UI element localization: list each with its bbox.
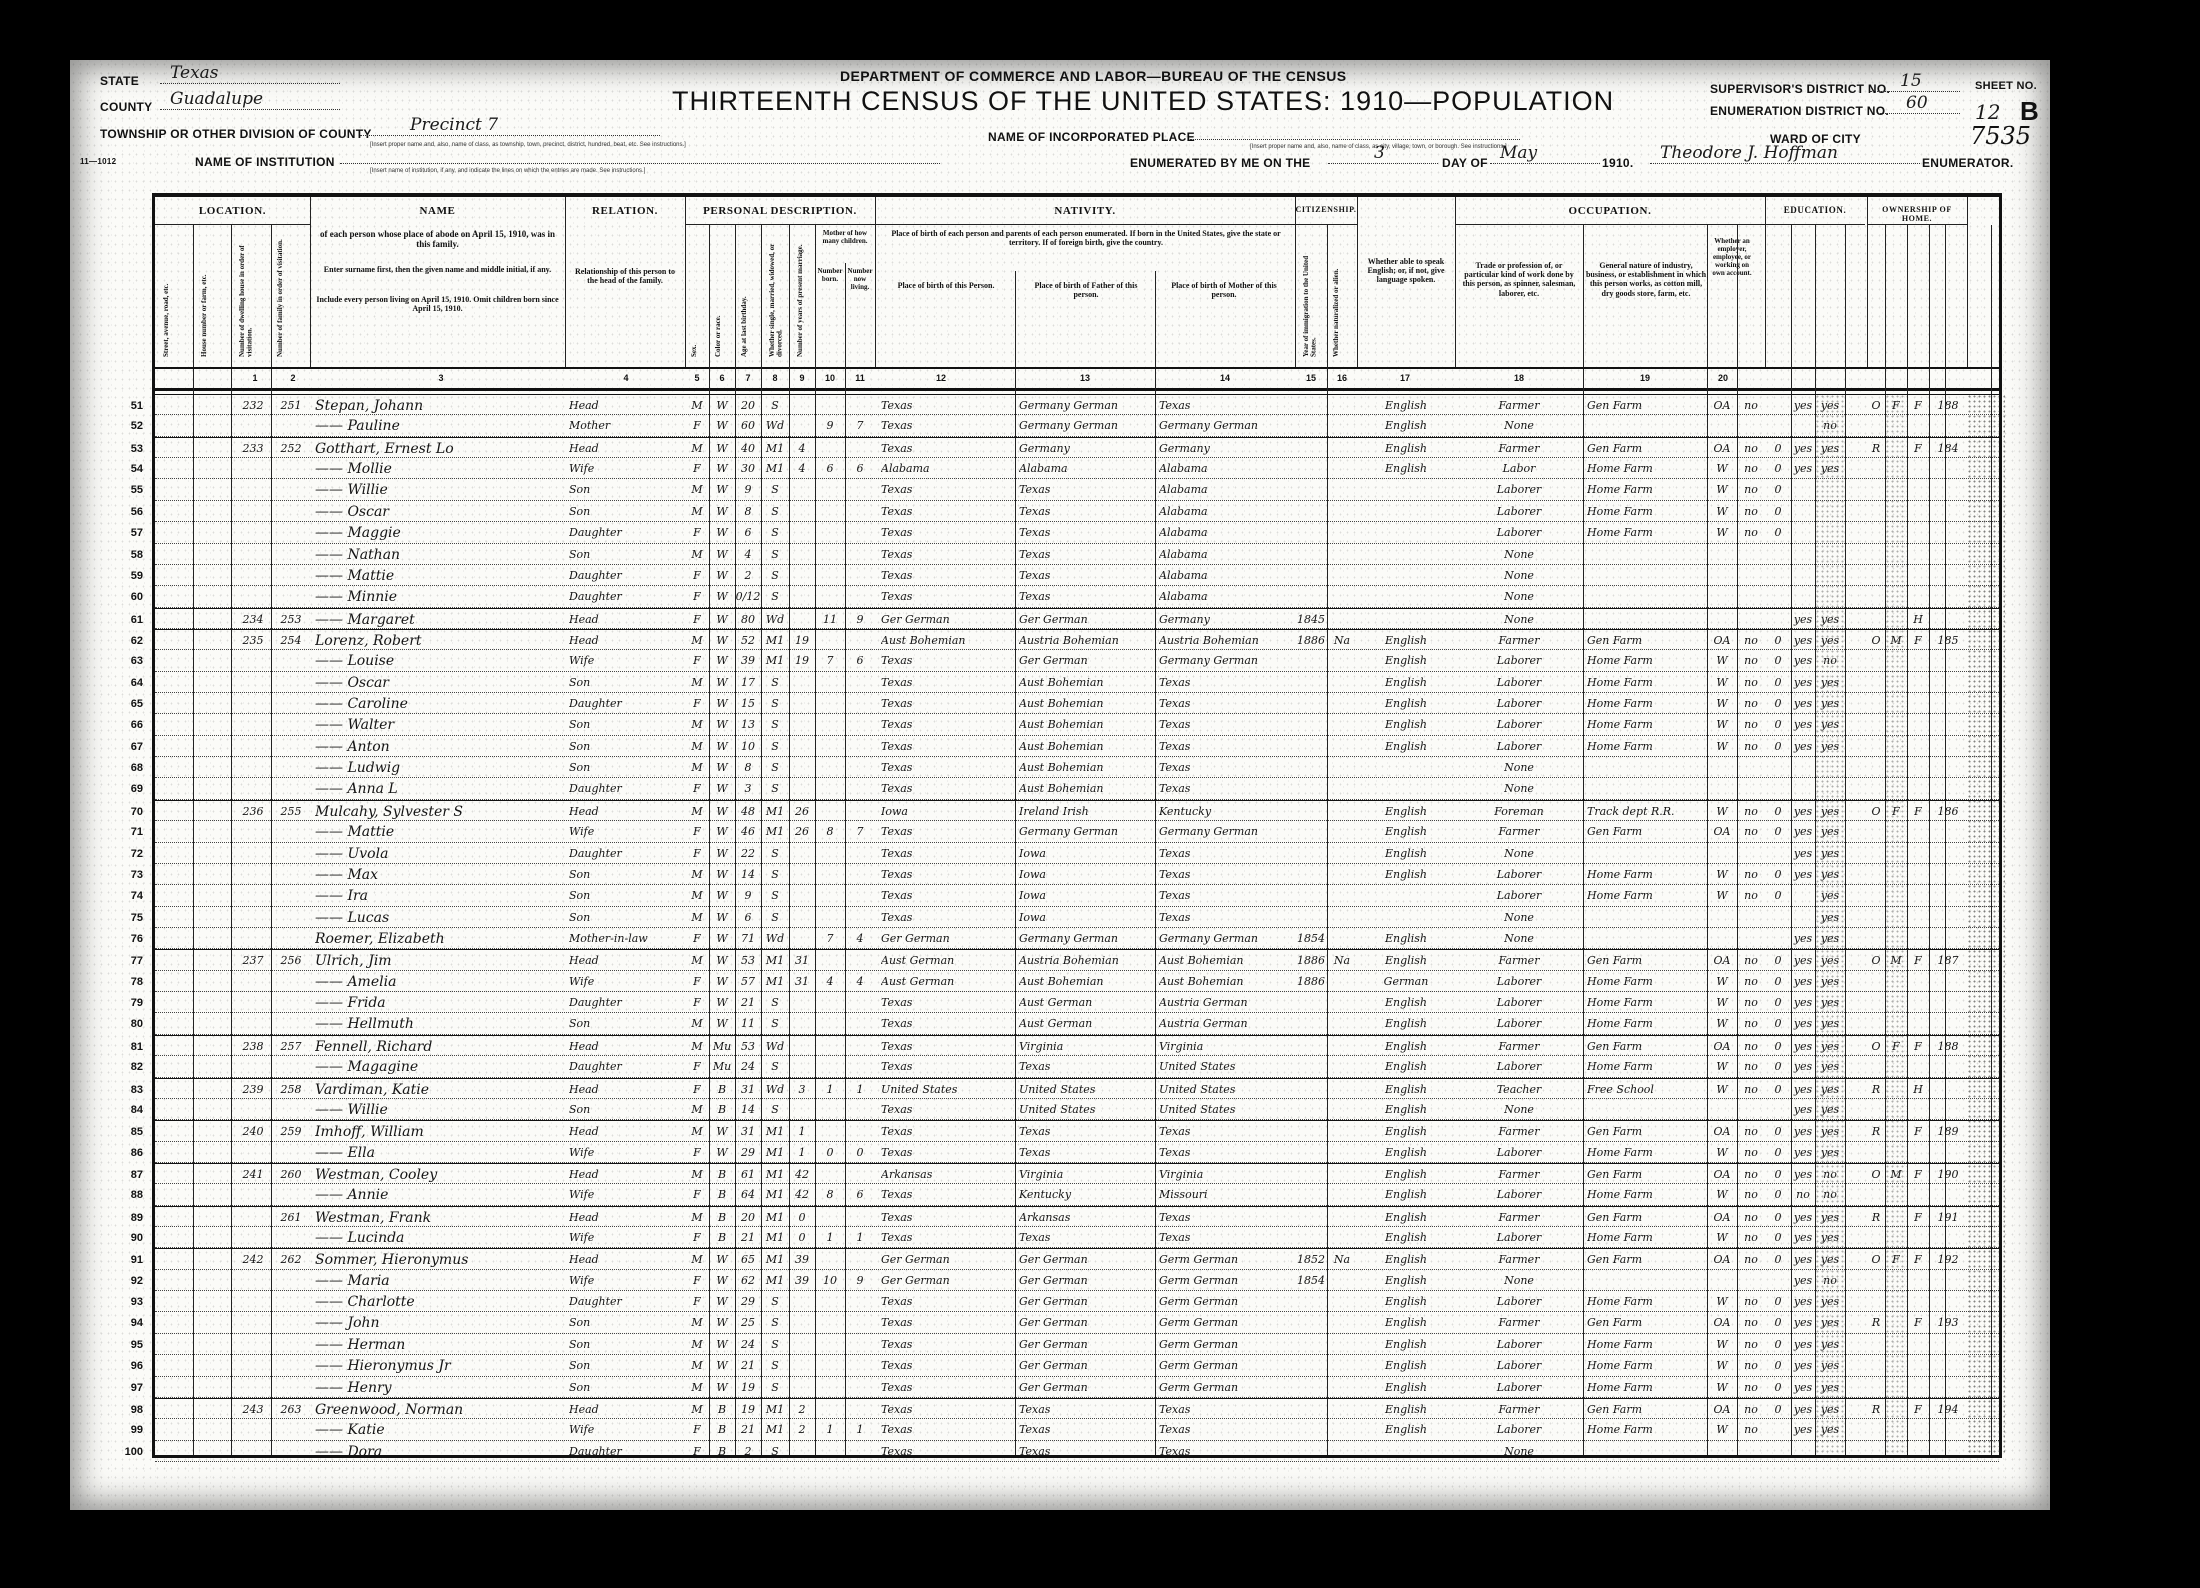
owned-rented bbox=[1867, 1142, 1885, 1164]
owned-rented bbox=[1867, 458, 1885, 480]
marital-status: S bbox=[761, 864, 789, 886]
naturalization bbox=[1327, 693, 1357, 715]
line-number: 86 bbox=[107, 1142, 143, 1164]
person-name: Sommer, Hieronymus bbox=[315, 1249, 563, 1271]
race: W bbox=[709, 1312, 735, 1334]
birthplace-father: Ger German bbox=[1019, 1355, 1153, 1377]
family-number bbox=[273, 415, 309, 437]
immigration-year bbox=[1295, 843, 1327, 865]
years-married bbox=[789, 885, 815, 907]
free-mortgaged: M bbox=[1885, 630, 1907, 652]
children-living: 7 bbox=[845, 821, 875, 843]
immigration-year bbox=[1295, 415, 1327, 437]
employment-class: OA bbox=[1707, 1399, 1737, 1421]
immigration-year bbox=[1295, 565, 1327, 587]
children-living: 6 bbox=[845, 650, 875, 672]
age: 40 bbox=[735, 438, 761, 460]
naturalization bbox=[1327, 544, 1357, 566]
colnum-16: 16 bbox=[1327, 373, 1357, 383]
weeks-out: 0 bbox=[1765, 821, 1791, 843]
farm-schedule: 185 bbox=[1929, 630, 1967, 652]
children-living: 7 bbox=[845, 415, 875, 437]
weeks-out: 0 bbox=[1765, 1164, 1791, 1186]
trade: Farmer bbox=[1457, 1249, 1581, 1271]
age: 15 bbox=[735, 693, 761, 715]
table-row: 96 —— Hieronymus Jr Son M W 21 S Texas G… bbox=[155, 1355, 1999, 1376]
children-living bbox=[845, 1099, 875, 1121]
immigration-year bbox=[1295, 714, 1327, 736]
naturalization bbox=[1327, 1099, 1357, 1121]
can-write: yes bbox=[1815, 1079, 1845, 1101]
colnum-2: 2 bbox=[277, 373, 309, 383]
sex: F bbox=[685, 1441, 709, 1463]
children-living bbox=[845, 544, 875, 566]
dwelling-number bbox=[235, 672, 271, 694]
table-row: 60 —— Minnie Daughter F W 0/12 S Texas T… bbox=[155, 586, 1999, 607]
table-row: 56 —— Oscar Son M W 8 S Texas Texas Alab… bbox=[155, 501, 1999, 522]
race: W bbox=[709, 801, 735, 823]
industry: Home Farm bbox=[1587, 1355, 1707, 1377]
out-of-work bbox=[1737, 1099, 1765, 1121]
sex: F bbox=[685, 971, 709, 993]
free-mortgaged bbox=[1885, 544, 1907, 566]
trade: None bbox=[1457, 586, 1581, 608]
free-mortgaged bbox=[1885, 928, 1907, 950]
farm-schedule bbox=[1929, 864, 1967, 886]
trade: Laborer bbox=[1457, 479, 1581, 501]
weeks-out: 0 bbox=[1765, 630, 1791, 652]
birthplace-person: Ger German bbox=[881, 1249, 1013, 1271]
birthplace-father: Alabama bbox=[1019, 458, 1153, 480]
industry: Home Farm bbox=[1587, 522, 1707, 544]
birthplace-mother: Texas bbox=[1159, 714, 1293, 736]
department-heading: DEPARTMENT OF COMMERCE AND LABOR—BUREAU … bbox=[840, 68, 1347, 84]
can-read: yes bbox=[1791, 971, 1815, 993]
children-born: 11 bbox=[815, 609, 845, 631]
children-born bbox=[815, 479, 845, 501]
language bbox=[1359, 544, 1453, 566]
person-name: Ulrich, Jim bbox=[315, 950, 563, 972]
employment-class: W bbox=[1707, 458, 1737, 480]
table-row: 53 233 252 Gotthart, Ernest Lo Head M W … bbox=[155, 437, 1999, 458]
person-name: —— Mattie bbox=[315, 565, 563, 587]
years-married: 31 bbox=[789, 950, 815, 972]
immigration-year bbox=[1295, 1312, 1327, 1334]
age: 2 bbox=[735, 565, 761, 587]
divider bbox=[271, 225, 272, 367]
employment-class: OA bbox=[1707, 1312, 1737, 1334]
can-write: yes bbox=[1815, 1399, 1845, 1421]
table-row: 82 —— Magagine Daughter F Mu 24 S Texas … bbox=[155, 1056, 1999, 1077]
weeks-out bbox=[1765, 843, 1791, 865]
dwelling-number bbox=[235, 1184, 271, 1206]
relation: Wife bbox=[569, 1419, 683, 1441]
naturalization: Na bbox=[1327, 630, 1357, 652]
farm-house bbox=[1907, 1270, 1929, 1292]
can-write: yes bbox=[1815, 458, 1845, 480]
farm-house bbox=[1907, 736, 1929, 758]
children-born bbox=[815, 864, 845, 886]
weeks-out bbox=[1765, 928, 1791, 950]
family-number bbox=[273, 1312, 309, 1334]
free-mortgaged bbox=[1885, 1334, 1907, 1356]
owned-rented: O bbox=[1867, 1164, 1885, 1186]
can-read: yes bbox=[1791, 395, 1815, 417]
farm-schedule bbox=[1929, 1355, 1967, 1377]
free-mortgaged bbox=[1885, 1056, 1907, 1078]
age: 22 bbox=[735, 843, 761, 865]
weeks-out: 0 bbox=[1765, 1121, 1791, 1143]
birthplace-father: Ger German bbox=[1019, 609, 1153, 631]
group-relation: RELATION. bbox=[565, 197, 685, 225]
birthplace-mother: Texas bbox=[1159, 907, 1293, 929]
can-write bbox=[1815, 565, 1845, 587]
birthplace-person: Texas bbox=[881, 736, 1013, 758]
dwelling-number bbox=[235, 1207, 271, 1229]
age: 2 bbox=[735, 1441, 761, 1463]
naturalization bbox=[1327, 586, 1357, 608]
can-read bbox=[1791, 907, 1815, 929]
farm-schedule bbox=[1929, 1441, 1967, 1463]
children-born bbox=[815, 714, 845, 736]
birthplace-person: Ger German bbox=[881, 1270, 1013, 1292]
trade: Farmer bbox=[1457, 438, 1581, 460]
sex: F bbox=[685, 586, 709, 608]
dwelling-number bbox=[235, 1334, 271, 1356]
trade: Laborer bbox=[1457, 672, 1581, 694]
dwelling-number: 232 bbox=[235, 395, 271, 417]
age: 21 bbox=[735, 1227, 761, 1249]
birthplace-father: Kentucky bbox=[1019, 1184, 1153, 1206]
immigration-year bbox=[1295, 672, 1327, 694]
weeks-out bbox=[1765, 1441, 1791, 1463]
children-born bbox=[815, 1207, 845, 1229]
free-mortgaged bbox=[1885, 415, 1907, 437]
line-number: 58 bbox=[107, 544, 143, 566]
family-number bbox=[273, 821, 309, 843]
language bbox=[1359, 1441, 1453, 1463]
years-married: 0 bbox=[789, 1227, 815, 1249]
line-number: 81 bbox=[107, 1036, 143, 1058]
immigration-year bbox=[1295, 757, 1327, 779]
out-of-work: no bbox=[1737, 950, 1765, 972]
immigration-year bbox=[1295, 821, 1327, 843]
marital-status: M1 bbox=[761, 971, 789, 993]
farm-house bbox=[1907, 864, 1929, 886]
birthplace-person: Texas bbox=[881, 1121, 1013, 1143]
farm-house bbox=[1907, 1419, 1929, 1441]
farm-schedule bbox=[1929, 479, 1967, 501]
birthplace-person: Texas bbox=[881, 1142, 1013, 1164]
weeks-out: 0 bbox=[1765, 1013, 1791, 1035]
weeks-out: 0 bbox=[1765, 1142, 1791, 1164]
dwelling-number: 236 bbox=[235, 801, 271, 823]
farm-house: F bbox=[1907, 1312, 1929, 1334]
birthplace-father: Germany German bbox=[1019, 928, 1153, 950]
birthplace-father: Texas bbox=[1019, 501, 1153, 523]
can-read: yes bbox=[1791, 1249, 1815, 1271]
owned-rented bbox=[1867, 864, 1885, 886]
birthplace-father: Aust Bohemian bbox=[1019, 736, 1153, 758]
language: English bbox=[1359, 1164, 1453, 1186]
person-name: —— Pauline bbox=[315, 415, 563, 437]
naturalization bbox=[1327, 438, 1357, 460]
race: W bbox=[709, 1249, 735, 1271]
relation: Son bbox=[569, 736, 683, 758]
industry: Gen Farm bbox=[1587, 395, 1707, 417]
years-married: 39 bbox=[789, 1270, 815, 1292]
can-write: no bbox=[1815, 650, 1845, 672]
dwelling-number bbox=[235, 843, 271, 865]
employment-class bbox=[1707, 1099, 1737, 1121]
birthplace-father: Texas bbox=[1019, 1399, 1153, 1421]
years-married bbox=[789, 1291, 815, 1313]
owned-rented: O bbox=[1867, 395, 1885, 417]
census-table: LOCATION. NAME RELATION. PERSONAL DESCRI… bbox=[152, 193, 2002, 1458]
age: 10 bbox=[735, 736, 761, 758]
naturalization bbox=[1327, 565, 1357, 587]
family-number bbox=[273, 1056, 309, 1078]
children-born bbox=[815, 1036, 845, 1058]
naturalization bbox=[1327, 1013, 1357, 1035]
family-number bbox=[273, 971, 309, 993]
table-row: 70 236 255 Mulcahy, Sylvester S Head M W… bbox=[155, 800, 1999, 821]
hdr-name-desc: of each person whose place of abode on A… bbox=[315, 229, 560, 250]
farm-house bbox=[1907, 415, 1929, 437]
can-write: yes bbox=[1815, 885, 1845, 907]
language: English bbox=[1359, 821, 1453, 843]
birthplace-father: Texas bbox=[1019, 586, 1153, 608]
marital-status: M1 bbox=[761, 1419, 789, 1441]
supervisor-value: 15 bbox=[1900, 71, 1922, 91]
farm-schedule bbox=[1929, 1377, 1967, 1399]
can-write: yes bbox=[1815, 630, 1845, 652]
dwelling-number bbox=[235, 1227, 271, 1249]
industry bbox=[1587, 586, 1707, 608]
dwelling-number bbox=[235, 1419, 271, 1441]
enumerator-field: Theodore J. Hoffman bbox=[1650, 146, 1920, 164]
out-of-work: no bbox=[1737, 1142, 1765, 1164]
employment-class: W bbox=[1707, 1079, 1737, 1101]
free-mortgaged bbox=[1885, 672, 1907, 694]
weeks-out bbox=[1765, 757, 1791, 779]
trade: Laborer bbox=[1457, 1291, 1581, 1313]
owned-rented bbox=[1867, 693, 1885, 715]
table-body: 51 232 251 Stepan, Johann Head M W 20 S … bbox=[155, 394, 1999, 1455]
line-number: 93 bbox=[107, 1291, 143, 1313]
dwelling-number bbox=[235, 1099, 271, 1121]
weeks-out: 0 bbox=[1765, 885, 1791, 907]
employment-class: W bbox=[1707, 736, 1737, 758]
birthplace-father: Germany bbox=[1019, 438, 1153, 460]
birthplace-mother: Alabama bbox=[1159, 565, 1293, 587]
race: W bbox=[709, 415, 735, 437]
table-row: 73 —— Max Son M W 14 S Texas Iowa Texas … bbox=[155, 864, 1999, 885]
immigration-year: 1845 bbox=[1295, 609, 1327, 631]
race: W bbox=[709, 736, 735, 758]
children-living: 9 bbox=[845, 1270, 875, 1292]
can-read: yes bbox=[1791, 1013, 1815, 1035]
employment-class: W bbox=[1707, 1142, 1737, 1164]
family-number bbox=[273, 1227, 309, 1249]
children-born bbox=[815, 1334, 845, 1356]
group-location: LOCATION. bbox=[155, 197, 310, 225]
naturalization bbox=[1327, 458, 1357, 480]
free-mortgaged bbox=[1885, 1142, 1907, 1164]
children-born bbox=[815, 843, 845, 865]
table-row: 98 243 263 Greenwood, Norman Head M B 19… bbox=[155, 1398, 1999, 1419]
divider bbox=[565, 197, 566, 367]
industry: Home Farm bbox=[1587, 1227, 1707, 1249]
birthplace-person: Texas bbox=[881, 395, 1013, 417]
line-number: 76 bbox=[107, 928, 143, 950]
weeks-out bbox=[1765, 415, 1791, 437]
relation: Wife bbox=[569, 1184, 683, 1206]
sex: M bbox=[685, 672, 709, 694]
relation: Head bbox=[569, 1121, 683, 1143]
farm-house: F bbox=[1907, 801, 1929, 823]
children-born bbox=[815, 1164, 845, 1186]
marital-status: Wd bbox=[761, 1079, 789, 1101]
immigration-year: 1886 bbox=[1295, 630, 1327, 652]
farm-schedule bbox=[1929, 565, 1967, 587]
children-born bbox=[815, 801, 845, 823]
farm-house bbox=[1907, 928, 1929, 950]
children-born bbox=[815, 395, 845, 417]
relation: Son bbox=[569, 479, 683, 501]
trade: Laborer bbox=[1457, 522, 1581, 544]
free-mortgaged bbox=[1885, 864, 1907, 886]
age: 20 bbox=[735, 395, 761, 417]
person-name: —— Charlotte bbox=[315, 1291, 563, 1313]
immigration-year bbox=[1295, 1121, 1327, 1143]
years-married bbox=[789, 415, 815, 437]
person-name: —— Anton bbox=[315, 736, 563, 758]
race: W bbox=[709, 630, 735, 652]
race: W bbox=[709, 757, 735, 779]
language: English bbox=[1359, 630, 1453, 652]
age: 6 bbox=[735, 522, 761, 544]
immigration-year bbox=[1295, 586, 1327, 608]
birthplace-mother: Germany German bbox=[1159, 650, 1293, 672]
trade: Farmer bbox=[1457, 1312, 1581, 1334]
out-of-work: no bbox=[1737, 1377, 1765, 1399]
relation: Head bbox=[569, 630, 683, 652]
sex: M bbox=[685, 1164, 709, 1186]
family-number bbox=[273, 1184, 309, 1206]
farm-house bbox=[1907, 1142, 1929, 1164]
immigration-year bbox=[1295, 992, 1327, 1014]
farm-house bbox=[1907, 1377, 1929, 1399]
dwelling-number bbox=[235, 736, 271, 758]
out-of-work: no bbox=[1737, 992, 1765, 1014]
can-read: yes bbox=[1791, 672, 1815, 694]
can-read: yes bbox=[1791, 1291, 1815, 1313]
dwelling-number: 238 bbox=[235, 1036, 271, 1058]
relation: Son bbox=[569, 501, 683, 523]
language: English bbox=[1359, 1399, 1453, 1421]
marital-status: M1 bbox=[761, 1142, 789, 1164]
years-married: 2 bbox=[789, 1399, 815, 1421]
owned-rented: R bbox=[1867, 438, 1885, 460]
trade: None bbox=[1457, 609, 1581, 631]
age: 65 bbox=[735, 1249, 761, 1271]
colnum-1: 1 bbox=[239, 373, 271, 383]
person-name: —— Willie bbox=[315, 479, 563, 501]
birthplace-father: Texas bbox=[1019, 565, 1153, 587]
person-name: Roemer, Elizabeth bbox=[315, 928, 563, 950]
years-married bbox=[789, 693, 815, 715]
marital-status: S bbox=[761, 885, 789, 907]
race: W bbox=[709, 438, 735, 460]
can-read: yes bbox=[1791, 992, 1815, 1014]
relation: Daughter bbox=[569, 1056, 683, 1078]
naturalization bbox=[1327, 801, 1357, 823]
sex: M bbox=[685, 1013, 709, 1035]
can-write: yes bbox=[1815, 1334, 1845, 1356]
years-married bbox=[789, 609, 815, 631]
farm-schedule bbox=[1929, 1419, 1967, 1441]
birthplace-person: Texas bbox=[881, 1291, 1013, 1313]
line-number: 99 bbox=[107, 1419, 143, 1441]
birthplace-father: Virginia bbox=[1019, 1164, 1153, 1186]
out-of-work: no bbox=[1737, 821, 1765, 843]
naturalization bbox=[1327, 778, 1357, 800]
farm-schedule: 184 bbox=[1929, 438, 1967, 460]
family-number bbox=[273, 1334, 309, 1356]
children-living: 0 bbox=[845, 1142, 875, 1164]
birthplace-father: Iowa bbox=[1019, 885, 1153, 907]
dwelling-number bbox=[235, 992, 271, 1014]
owned-rented: O bbox=[1867, 1036, 1885, 1058]
free-mortgaged bbox=[1885, 586, 1907, 608]
out-of-work: no bbox=[1737, 522, 1765, 544]
line-number: 60 bbox=[107, 586, 143, 608]
person-name: —— Max bbox=[315, 864, 563, 886]
years-married bbox=[789, 714, 815, 736]
industry bbox=[1587, 907, 1707, 929]
can-read: yes bbox=[1791, 1377, 1815, 1399]
sex: F bbox=[685, 522, 709, 544]
dwelling-number: 233 bbox=[235, 438, 271, 460]
table-row: 63 —— Louise Wife F W 39 M1 19 7 6 Texas… bbox=[155, 650, 1999, 671]
age: 25 bbox=[735, 1312, 761, 1334]
birthplace-mother: Germ German bbox=[1159, 1377, 1293, 1399]
table-row: 58 —— Nathan Son M W 4 S Texas Texas Ala… bbox=[155, 544, 1999, 565]
person-name: —— Amelia bbox=[315, 971, 563, 993]
industry: Home Farm bbox=[1587, 971, 1707, 993]
race: W bbox=[709, 907, 735, 929]
can-write bbox=[1815, 522, 1845, 544]
out-of-work: no bbox=[1737, 693, 1765, 715]
institution-label: NAME OF INSTITUTION bbox=[195, 155, 335, 169]
farm-schedule: 191 bbox=[1929, 1207, 1967, 1229]
can-read: yes bbox=[1791, 1207, 1815, 1229]
dwelling-number: 242 bbox=[235, 1249, 271, 1271]
employment-class bbox=[1707, 544, 1737, 566]
hdr-name-enter: Enter surname first, then the given name… bbox=[315, 265, 560, 274]
relation: Son bbox=[569, 1312, 683, 1334]
birthplace-father: Iowa bbox=[1019, 864, 1153, 886]
race: W bbox=[709, 672, 735, 694]
age: 29 bbox=[735, 1291, 761, 1313]
marital-status: S bbox=[761, 544, 789, 566]
table-row: 100 —— Dora Daughter F B 2 S Texas Texas… bbox=[155, 1441, 1999, 1462]
can-read: yes bbox=[1791, 950, 1815, 972]
industry: Gen Farm bbox=[1587, 1207, 1707, 1229]
race: W bbox=[709, 864, 735, 886]
trade: None bbox=[1457, 565, 1581, 587]
